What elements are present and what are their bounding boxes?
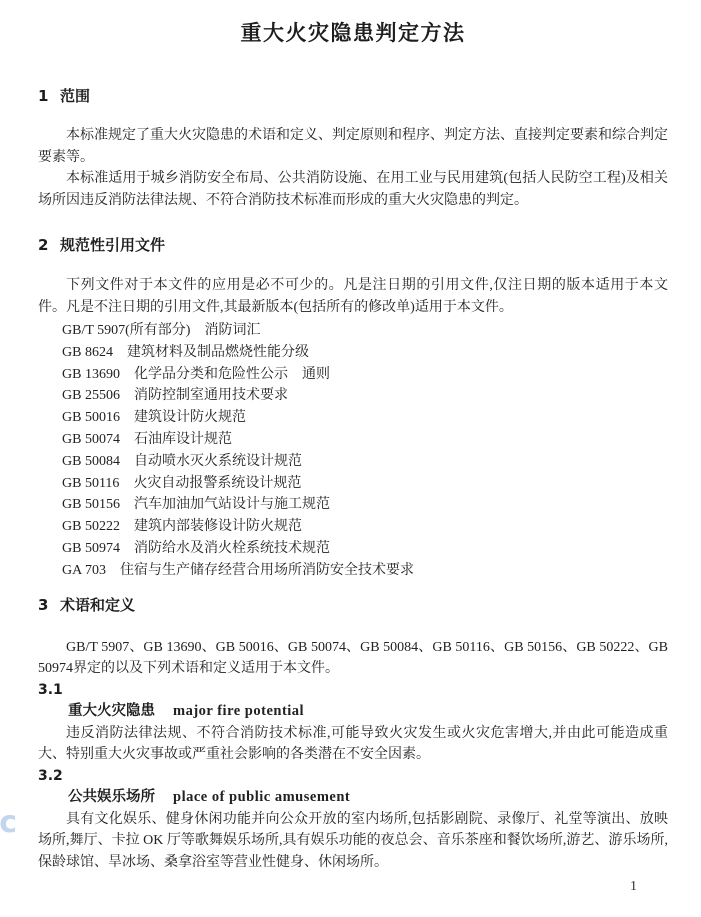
reference-code: GA 703 xyxy=(62,563,106,578)
scope-paragraph-2: 本标准适用于城乡消防安全布局、公共消防设施、在用工业与民用建筑(包括人民防空工程… xyxy=(38,168,668,211)
reference-item: GB 25506消防控制室通用技术要求 xyxy=(62,385,668,407)
reference-item: GB 8624建筑材料及制品燃烧性能分级 xyxy=(62,342,668,364)
reference-title: 消防控制室通用技术要求 xyxy=(134,388,288,403)
term-3-2-definition: 具有文化娱乐、健身休闲功能并向公众开放的室内场所,包括影剧院、录像厅、礼堂等演出… xyxy=(38,809,668,874)
reference-title: 化学品分类和危险性公示 通则 xyxy=(134,367,330,382)
page-number: 1 xyxy=(630,879,637,895)
section-2-number: 2 xyxy=(38,237,60,253)
term-3-1-number: 3.1 xyxy=(38,680,668,702)
reference-title: 消防给水及消火栓系统技术规范 xyxy=(134,541,330,556)
reference-code: GB 50156 xyxy=(62,497,120,512)
reference-code: GB 8624 xyxy=(62,345,113,360)
references-intro-paragraph: 下列文件对于本文件的应用是必不可少的。凡是注日期的引用文件,仅注日期的版本适用于… xyxy=(38,275,668,318)
reference-title: 石油库设计规范 xyxy=(134,432,232,447)
reference-title: 自动喷水灭火系统设计规范 xyxy=(134,454,302,469)
reference-title: 建筑设计防火规范 xyxy=(134,410,246,425)
document-title: 重大火灾隐患判定方法 xyxy=(38,0,668,47)
section-1-title: 范围 xyxy=(60,87,90,105)
reference-item: GB/T 5907(所有部分)消防词汇 xyxy=(62,320,668,342)
reference-code: GB 50074 xyxy=(62,432,120,447)
reference-item: GB 50074石油库设计规范 xyxy=(62,429,668,451)
term-3-2-chinese: 公共娱乐场所 xyxy=(68,789,155,805)
reference-code: GB 25506 xyxy=(62,388,120,403)
watermark-fragment: ic xyxy=(0,806,16,840)
reference-code: GB/T 5907(所有部分) xyxy=(62,323,190,338)
reference-item: GB 13690化学品分类和危险性公示 通则 xyxy=(62,364,668,386)
term-3-1-heading: 重大火灾隐患major fire potential xyxy=(38,701,668,723)
reference-code: GB 13690 xyxy=(62,367,120,382)
scope-paragraph-1: 本标准规定了重大火灾隐患的术语和定义、判定原则和程序、判定方法、直接判定要素和综… xyxy=(38,125,668,168)
reference-item: GB 50116火灾自动报警系统设计规范 xyxy=(62,473,668,495)
term-3-2-number: 3.2 xyxy=(38,766,668,788)
normative-references-list: GB/T 5907(所有部分)消防词汇 GB 8624建筑材料及制品燃烧性能分级… xyxy=(38,320,668,582)
section-2-heading: 2规范性引用文件 xyxy=(38,237,668,253)
reference-title: 汽车加油加气站设计与施工规范 xyxy=(134,497,330,512)
section-3-number: 3 xyxy=(38,597,60,613)
reference-code: GB 50974 xyxy=(62,541,120,556)
reference-title: 火灾自动报警系统设计规范 xyxy=(133,476,301,491)
reference-item: GB 50222建筑内部装修设计防火规范 xyxy=(62,516,668,538)
section-1-heading: 1范围 xyxy=(38,88,668,104)
term-3-1-definition: 违反消防法律法规、不符合消防技术标准,可能导致火灾发生或火灾危害增大,并由此可能… xyxy=(38,723,668,766)
term-3-2-heading: 公共娱乐场所place of public amusement xyxy=(38,787,668,809)
term-3-2-english: place of public amusement xyxy=(173,789,350,805)
reference-title: 建筑内部装修设计防火规范 xyxy=(134,519,302,534)
reference-title: 建筑材料及制品燃烧性能分级 xyxy=(127,345,309,360)
reference-item: GB 50156汽车加油加气站设计与施工规范 xyxy=(62,494,668,516)
terms-intro-paragraph: GB/T 5907、GB 13690、GB 50016、GB 50074、GB … xyxy=(38,637,668,680)
reference-title: 消防词汇 xyxy=(204,323,260,338)
term-3-1-english: major fire potential xyxy=(173,703,304,719)
reference-code: GB 50222 xyxy=(62,519,120,534)
reference-code: GB 50016 xyxy=(62,410,120,425)
term-3-1-chinese: 重大火灾隐患 xyxy=(68,703,155,719)
reference-item: GB 50084自动喷水灭火系统设计规范 xyxy=(62,451,668,473)
section-3-heading: 3术语和定义 xyxy=(38,597,668,613)
section-1-number: 1 xyxy=(38,88,60,104)
reference-code: GB 50084 xyxy=(62,454,120,469)
section-2-title: 规范性引用文件 xyxy=(60,236,165,254)
reference-code: GB 50116 xyxy=(62,476,119,491)
document-page: 重大火灾隐患判定方法 1范围 本标准规定了重大火灾隐患的术语和定义、判定原则和程… xyxy=(0,0,701,917)
reference-item: GA 703住宿与生产储存经营合用场所消防安全技术要求 xyxy=(62,560,668,582)
reference-item: GB 50974消防给水及消火栓系统技术规范 xyxy=(62,538,668,560)
section-3-title: 术语和定义 xyxy=(60,596,135,614)
reference-item: GB 50016建筑设计防火规范 xyxy=(62,407,668,429)
reference-title: 住宿与生产储存经营合用场所消防安全技术要求 xyxy=(120,563,414,578)
